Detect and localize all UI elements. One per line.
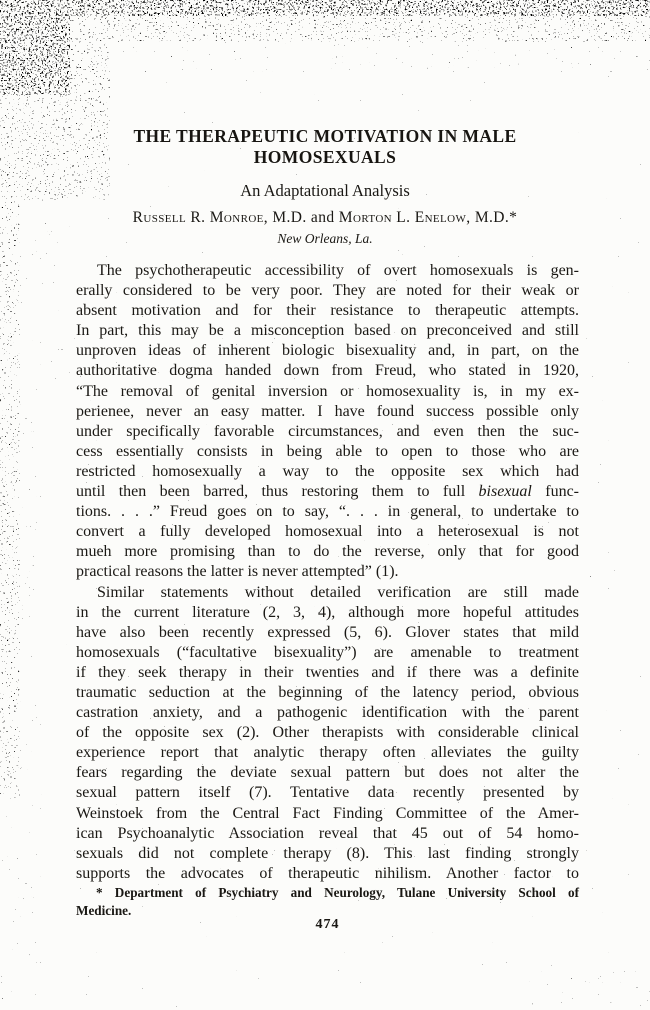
text-line: fears regarding the deviate sexual patte…: [76, 763, 579, 783]
text-line: under specifically favorable circumstanc…: [76, 422, 579, 442]
noise-corner-dense: [0, 0, 70, 95]
text-line: sexual pattern itself (7). Tentative dat…: [76, 783, 579, 803]
noise-corner-med: [0, 0, 110, 200]
text-line: Similar statements without detailed veri…: [76, 583, 579, 603]
noise-bottom-right: [520, 965, 650, 1010]
noise-corner-fade: [0, 200, 70, 380]
text-line: cess essentially consists in being able …: [76, 442, 579, 462]
text-line: tions. . . .” Freud goes on to say, “. .…: [76, 502, 579, 522]
text-line: restricted homosexually a way to the opp…: [76, 462, 579, 482]
author-name-2: Morton L. Enelow, M.D.*: [339, 209, 518, 226]
text-line: in the current literature (2, 3, 4), alt…: [76, 603, 579, 623]
noise-top-band: [0, 0, 650, 42]
text-line: castration anxiety, and a pathogenic ide…: [76, 703, 579, 723]
body-paragraph-1: The psychotherapeutic accessibility of o…: [76, 261, 579, 583]
paper-subtitle: An Adaptational Analysis: [0, 181, 650, 201]
author-name-1: Russell R. Monroe, M.D.: [133, 209, 307, 226]
text-line: experience report that analytic therapy …: [76, 743, 579, 763]
authors-byline: Russell R. Monroe, M.D. and Morton L. En…: [0, 209, 650, 227]
paper-title-line1: THE THERAPEUTIC MOTIVATION IN MALE: [0, 126, 650, 147]
text-line: traumatic seduction at the beginning of …: [76, 683, 579, 703]
text-line: have also been recently expressed (5, 6)…: [76, 623, 579, 643]
text-line: practical reasons the latter is never at…: [76, 562, 579, 582]
paper-title: THE THERAPEUTIC MOTIVATION IN MALE HOMOS…: [0, 126, 650, 168]
byline-connector: and: [307, 209, 339, 226]
text-line: until then been barred, thus restoring t…: [76, 482, 579, 502]
body-text: The psychotherapeutic accessibility of o…: [76, 261, 579, 884]
document-page: THE THERAPEUTIC MOTIVATION IN MALE HOMOS…: [0, 0, 650, 1010]
authors-location: New Orleans, La.: [0, 231, 650, 247]
text-line: * Department of Psychiatry and Neurology…: [76, 884, 579, 902]
text-line: authoritative dogma handed down from Fre…: [76, 361, 579, 381]
text-line: erally considered to be very poor. They …: [76, 281, 579, 301]
text-line: The psychotherapeutic accessibility of o…: [76, 261, 579, 281]
noise-left-edge: [0, 100, 20, 800]
text-line: perienee, never an easy matter. I have f…: [76, 402, 579, 422]
text-line: mueh more promising than to do the rever…: [76, 542, 579, 562]
text-line: sexuals did not complete therapy (8). Th…: [76, 844, 579, 864]
text-line: absent motivation and for their resistan…: [76, 301, 579, 321]
footnote: * Department of Psychiatry and Neurology…: [76, 884, 579, 919]
text-line: of the opposite sex (2). Other therapist…: [76, 723, 579, 743]
text-line: homosexuals (“facultative bisexuality”) …: [76, 643, 579, 663]
text-line: “The removal of genital inversion or hom…: [76, 382, 579, 402]
page-number: 474: [76, 917, 579, 933]
noise-left-column: [0, 120, 42, 1010]
paper-title-line2: HOMOSEXUALS: [0, 147, 650, 168]
text-line: supports the advocates of therapeutic ni…: [76, 864, 579, 884]
noise-top-fade: [0, 42, 650, 72]
text-line: if they seek therapy in their twenties a…: [76, 663, 579, 683]
noise-top-edge: [0, 0, 650, 16]
text-line: Weinstoek from the Central Fact Finding …: [76, 804, 579, 824]
text-line: ican Psychoanalytic Association reveal t…: [76, 824, 579, 844]
text-line: In part, this may be a misconception bas…: [76, 321, 579, 341]
text-line: convert a fully developed homosexual int…: [76, 522, 579, 542]
text-line: unproven ideas of inherent biologic bise…: [76, 341, 579, 361]
body-paragraph-2: Similar statements without detailed veri…: [76, 583, 579, 884]
